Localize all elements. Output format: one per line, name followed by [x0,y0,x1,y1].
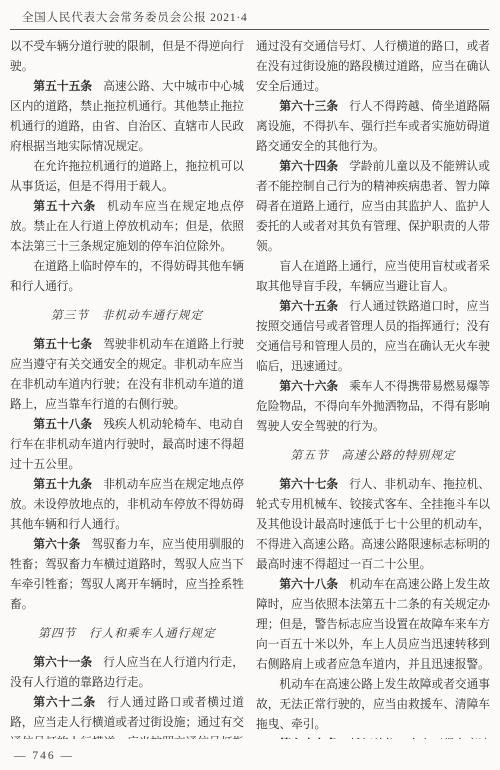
section-heading: 第五节 高速公路的特别规定 [256,446,490,466]
body-paragraph: 在允许拖拉机通行的道路上，拖拉机可以从事货运，但是不得用于载人。 [10,157,244,197]
article-paragraph: 第六十二条行人通过路口或者横过道路，应当走人行横道或者过街设施；通过有交通信号灯… [10,693,244,739]
article-paragraph: 第六十九条任何单位、个人不得在高速公 [256,735,490,739]
article-paragraph: 第五十八条残疾人机动轮椅车、电动自行车在非机动车道内行驶时，最高时速不得超过十五… [10,415,244,475]
body-paragraph: 机动车在高速公路上发生故障或者交通事故，无法正常行驶的，应当由救援车、清障车拖曳… [256,675,490,735]
article-paragraph: 第六十一条行人应当在人行道内行走，没有人行道的靠路边行走。 [10,653,244,693]
article-paragraph: 第六十四条学龄前儿童以及不能辨认或者不能控制自己行为的精神疾病患者、智力障碍者在… [256,157,490,257]
continuation-paragraph: 以不受车辆分道行驶的限制，但是不得逆向行驶。 [10,37,244,77]
article-text: 学龄前儿童以及不能辨认或者不能控制自己行为的精神疾病患者、智力障碍者在道路上通行… [256,160,490,253]
gazette-header-title: 全国人民代表大会常务委员会公报 2021·4 [22,9,248,25]
article-paragraph: 第六十八条机动车在高速公路上发生故障时，应当依照本法第五十二条的有关规定办理；但… [256,575,490,675]
continuation-paragraph: 通过没有交通信号灯、人行横道的路口，或者在没有过街设施的路段横过道路，应当在确认… [256,37,490,97]
article-number: 第六十七条 [279,478,338,491]
right-column: 通过没有交通信号灯、人行横道的路口，或者在没有过街设施的路段横过道路，应当在确认… [256,37,490,739]
article-number: 第五十八条 [33,418,92,431]
article-number: 第六十三条 [279,100,338,113]
article-number: 第五十五条 [33,80,92,93]
article-paragraph: 第六十条驾驭畜力车，应当使用驯服的牲畜；驾驭畜力车横过道路时，驾驭人应当下车牵引… [10,535,244,615]
article-number: 第五十六条 [33,200,96,213]
article-paragraph: 第六十五条行人通过铁路道口时，应当按照交通信号或者管理人员的指挥通行；没有交通信… [256,297,490,377]
article-text: 机动车在高速公路上发生故障时，应当依照本法第五十二条的有关规定办理；但是，警告标… [256,578,490,671]
article-paragraph: 第五十五条高速公路、大中城市中心城区内的道路，禁止拖拉机通行。其他禁止拖拉机通行… [10,77,244,157]
article-paragraph: 第五十七条驾驶非机动车在道路上行驶应当遵守有关交通安全的规定。非机动车应当在非机… [10,335,244,415]
gazette-page: 全国人民代表大会常务委员会公报 2021·4 以不受车辆分道行驶的限制，但是不得… [0,0,500,770]
left-column: 以不受车辆分道行驶的限制，但是不得逆向行驶。 第五十五条高速公路、大中城市中心城… [10,37,244,739]
article-number: 第六十五条 [279,300,338,313]
article-text: 行人、非机动车、拖拉机、轮式专用机械车、铰接式客车、全挂拖斗车以及其他设计最高时… [256,478,490,571]
body-paragraph: 盲人在道路上通行，应当使用盲杖或者采取其他导盲手段，车辆应当避让盲人。 [256,257,490,297]
header-rule [10,29,489,30]
article-paragraph: 第五十九条非机动车应当在规定地点停放。未设停放地点的，非机动车停放不得妨碍其他车… [10,475,244,535]
body-paragraph: 在道路上临时停车的，不得妨碍其他车辆和行人通行。 [10,257,244,297]
article-paragraph: 第六十七条行人、非机动车、拖拉机、轮式专用机械车、铰接式客车、全挂拖斗车以及其他… [256,475,490,575]
article-paragraph: 第六十六条乘车人不得携带易燃易爆等危险物品，不得向车外抛洒物品，不得有影响驾驶人… [256,377,490,437]
article-number: 第六十八条 [279,578,338,591]
article-number: 第五十七条 [33,338,92,351]
article-number: 第六十条 [33,538,80,551]
article-paragraph: 第五十六条机动车应当在规定地点停放。禁止在人行道上停放机动车；但是，依照本法第三… [10,197,244,257]
article-number: 第六十二条 [33,696,96,709]
page-number: — 746 — [14,750,74,762]
article-number: 第六十一条 [33,656,92,669]
section-heading: 第四节 行人和乘车人通行规定 [10,624,244,644]
article-paragraph: 第六十三条行人不得跨越、倚坐道路隔离设施，不得扒车、强行拦车或者实施妨碍道路交通… [256,97,490,157]
article-number: 第五十九条 [33,478,92,491]
article-number: 第六十九条 [279,738,338,739]
section-heading: 第三节 非机动车通行规定 [10,306,244,326]
page-body: 以不受车辆分道行驶的限制，但是不得逆向行驶。 第五十五条高速公路、大中城市中心城… [10,37,490,739]
article-number: 第六十六条 [279,380,338,393]
article-number: 第六十四条 [279,160,338,173]
